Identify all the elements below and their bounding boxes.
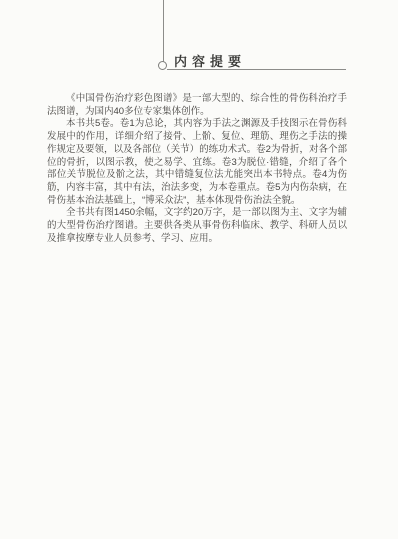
- body-text: 《中国骨伤治疗彩色图谱》是一部大型的、综合性的骨伤科治疗手法图谱，为国内40多位…: [47, 93, 347, 245]
- ornament-vertical-line: [163, 0, 164, 62]
- book-page: 内容提要 《中国骨伤治疗彩色图谱》是一部大型的、综合性的骨伤科治疗手法图谱，为国…: [0, 0, 398, 539]
- ornament-circle: [158, 61, 167, 70]
- paragraph-volumes: 本书共5卷。卷1为总论，其内容为手法之渊源及手技图示在骨伤科发展中的作用，详细介…: [47, 118, 347, 207]
- paragraph-summary: 全书共有图1450余幅，文字约20万字，是一部以图为主、文字为辅的大型骨伤治疗图…: [47, 207, 347, 245]
- page-title: 内容提要: [174, 51, 246, 70]
- paragraph-intro: 《中国骨伤治疗彩色图谱》是一部大型的、综合性的骨伤科治疗手法图谱，为国内40多位…: [47, 93, 347, 118]
